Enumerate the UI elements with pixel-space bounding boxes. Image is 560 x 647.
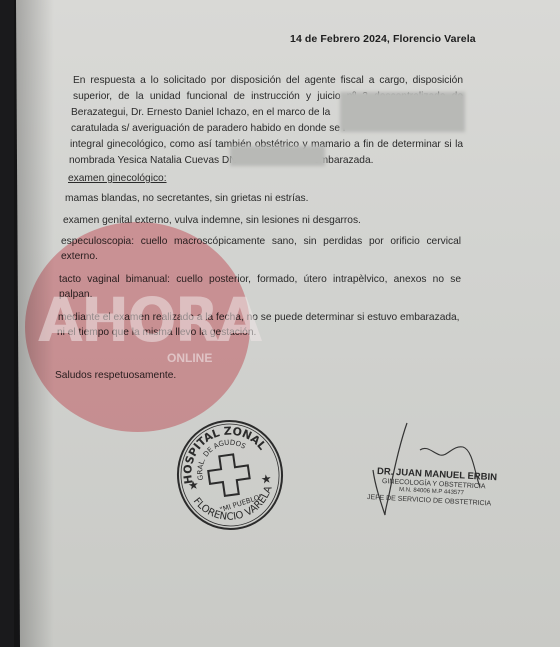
section-heading: examen ginecológico: [68, 173, 167, 184]
intro-line-3: Berazategui, Dr. Ernesto Daniel Ichazo, … [71, 107, 330, 118]
date-line: 14 de Febrero 2024, Florencio Varela [290, 33, 476, 45]
intro-line-6: nombrada Yesica Natalia Cuevas DN [69, 155, 237, 166]
watermark-brand: AHORA [38, 284, 260, 355]
star-icon: ★ [260, 471, 273, 486]
redaction-block [230, 146, 325, 166]
intro-line-4: caratulada s/ averiguación de paradero h… [71, 123, 346, 134]
hospital-stamp: HOSPITAL ZONAL GRAL. DE AGUDOS FLORENCIO… [175, 418, 285, 533]
cross-icon [206, 453, 251, 498]
finding-external-genital: examen genital externo, vulva indemne, s… [63, 215, 361, 226]
star-icon: ★ [187, 478, 200, 493]
watermark-subtext: ONLINE [167, 351, 212, 365]
intro-line-1: En respuesta a lo solicitado por disposi… [73, 75, 463, 86]
redaction-block [340, 92, 465, 132]
finding-breasts: mamas blandas, no secretantes, sin griet… [65, 193, 309, 204]
